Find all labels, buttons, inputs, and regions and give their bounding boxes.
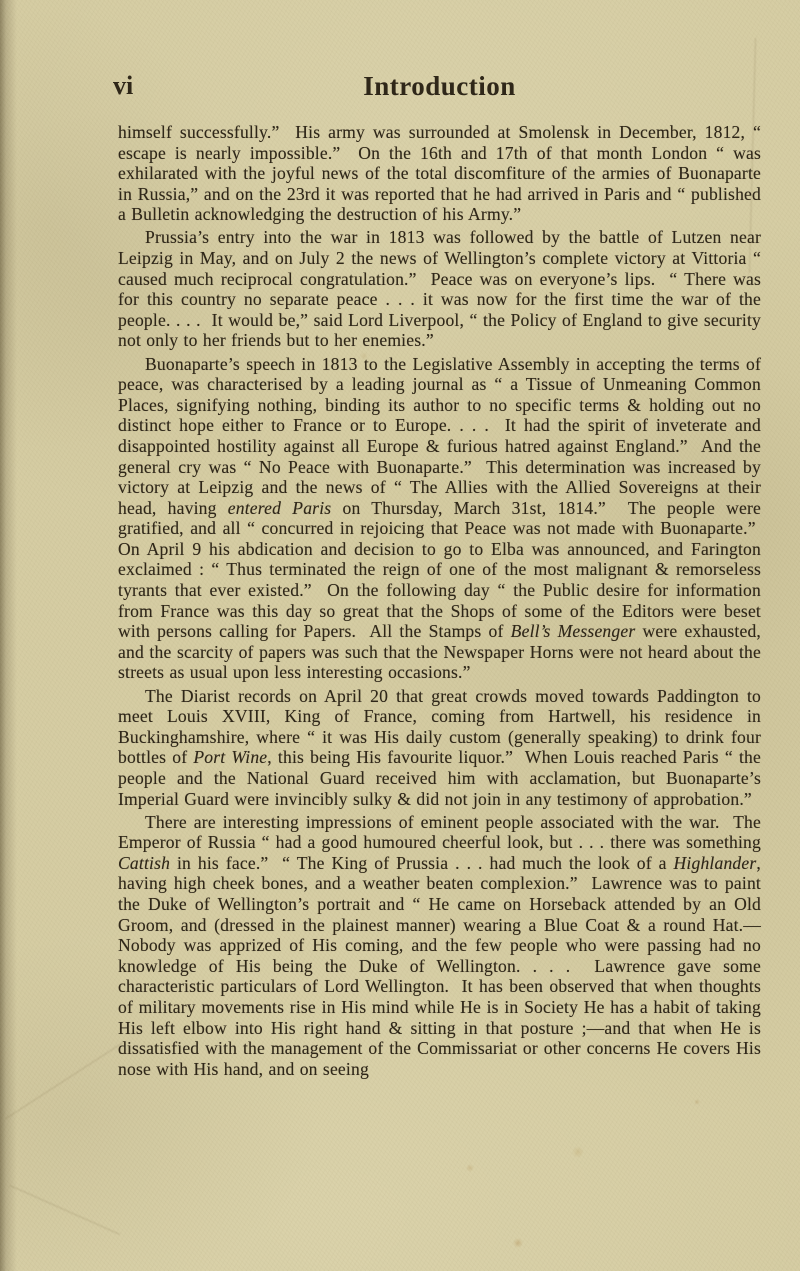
page-edge-shadow — [0, 0, 26, 1271]
paragraph: There are interesting impressions of emi… — [118, 812, 761, 1080]
page-title: Introduction — [363, 72, 516, 100]
paragraph: The Diarist records on April 20 that gre… — [118, 686, 761, 810]
paper-crease — [6, 1042, 124, 1119]
text-run: , having high cheek bones, and a weather… — [118, 853, 761, 1079]
italic-text-run: Highlander — [674, 853, 757, 873]
text-run: himself successfully.” His army was surr… — [118, 122, 761, 224]
page-number: vi — [113, 72, 133, 100]
italic-text-run: Bell’s Messenger — [511, 621, 636, 641]
page-body: himself successfully.” His army was surr… — [118, 122, 761, 1079]
italic-text-run: Port Wine — [193, 747, 267, 767]
paragraph: himself successfully.” His army was surr… — [118, 122, 761, 225]
text-run: on Thursday, March 31st, 1814.” The peop… — [118, 498, 761, 642]
paper-crease — [10, 1185, 120, 1235]
paragraph: Prussia’s entry into the war in 1813 was… — [118, 227, 761, 351]
text-run: in his face.” “ The King of Prussia . . … — [170, 853, 673, 873]
page-header: vi Introduction — [118, 72, 761, 104]
book-page: vi Introduction himself successfully.” H… — [0, 0, 800, 1271]
text-run: Prussia’s entry into the war in 1813 was… — [118, 227, 761, 350]
italic-text-run: entered Paris — [228, 498, 332, 518]
italic-text-run: Cattish — [118, 853, 170, 873]
text-run: There are interesting impressions of emi… — [118, 812, 761, 853]
paragraph: Buonaparte’s speech in 1813 to the Legis… — [118, 354, 761, 684]
text-run: Buonaparte’s speech in 1813 to the Legis… — [118, 354, 761, 518]
